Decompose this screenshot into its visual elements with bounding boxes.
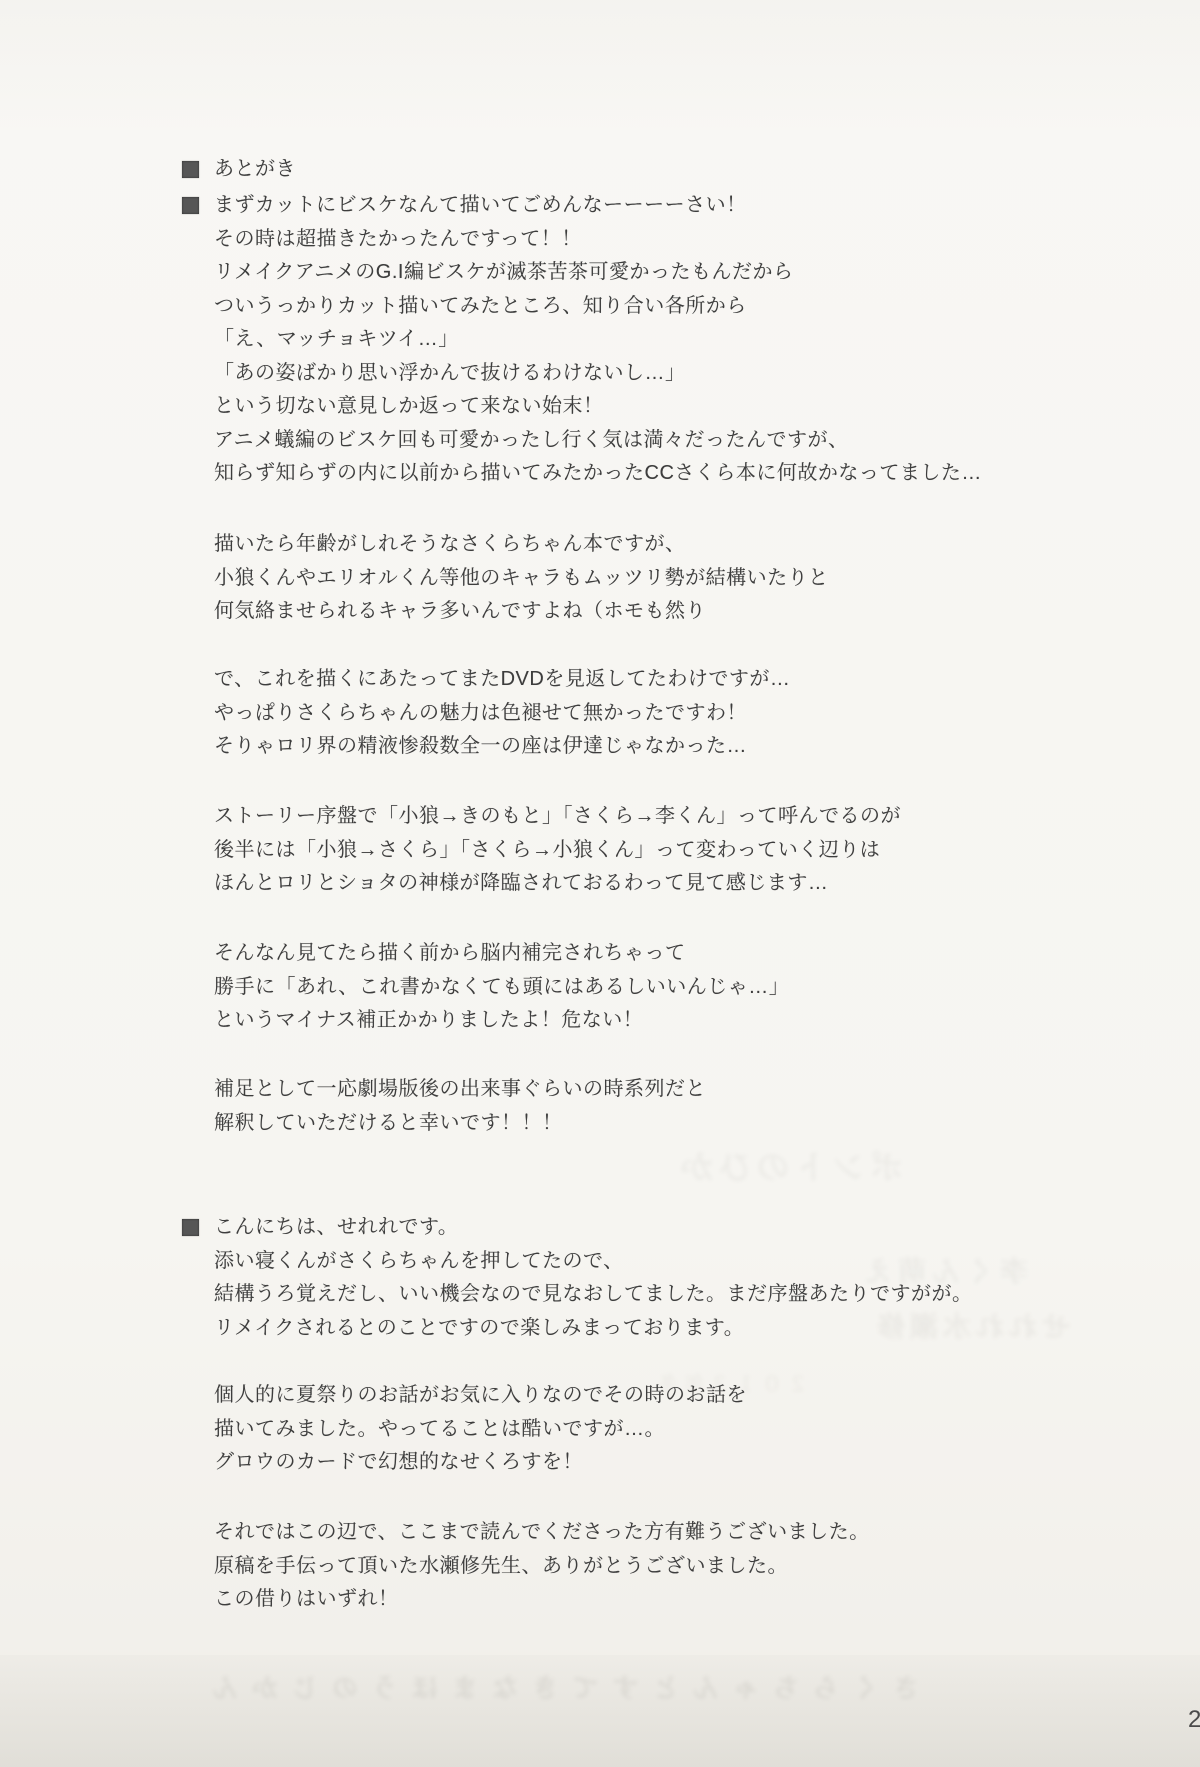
text-line: 個人的に夏祭りのお話がお気に入りなのでその時のお話を: [214, 1379, 747, 1413]
text-line: やっぱりさくらちゃんの魅力は色褪せて無かったですわ！: [214, 697, 790, 731]
text-line: 「え、マッチョキツイ…」: [214, 323, 982, 357]
paragraph: こんにちは、せれれです。添い寝くんがさくらちゃんを押してたので、結構うろ覚えだし…: [214, 1211, 973, 1345]
text-line: 結構うろ覚えだし、いい機会なので見なおしてました。まだ序盤あたりですがが。: [214, 1278, 973, 1312]
text-line: そんなん見てたら描く前から脳内補完されちゃって: [214, 937, 789, 971]
section-bullet-square-icon: [182, 197, 199, 214]
text-line: 「あの姿ばかり思い浮かんで抜けるわけないし…」: [214, 357, 982, 391]
text-line: グロウのカードで幻想的なせくろすを！: [214, 1446, 747, 1480]
text-line: それではこの辺で、ここまで読んでくださった方有難うございました。: [214, 1516, 870, 1550]
text-line: まずカットにビスケなんて描いてごめんなーーーーさい！: [214, 189, 982, 223]
text-line: 描いてみました。やってることは酷いですが…。: [214, 1413, 747, 1447]
text-line: ほんとロリとショタの神様が降臨されておるわって見て感じます…: [214, 867, 901, 901]
paragraph: それではこの辺で、ここまで読んでくださった方有難うございました。原稿を手伝って頂…: [214, 1516, 870, 1617]
text-line: 知らず知らずの内に以前から描いてみたかったCCさくら本に何故かなってました…: [214, 457, 982, 491]
paragraph: 描いたら年齢がしれそうなさくらちゃん本ですが、小狼くんやエリオルくん等他のキャラ…: [214, 528, 829, 629]
text-line: 何気絡ませられるキャラ多いんですよね（ホモも然り: [214, 595, 829, 629]
paragraph: 補足として一応劇場版後の出来事ぐらいの時系列だと解釈していただけると幸いです！！…: [214, 1073, 706, 1140]
text-line: リメイクされるとのことですので楽しみまっております。: [214, 1312, 973, 1346]
paragraph: 個人的に夏祭りのお話がお気に入りなのでその時のお話を描いてみました。やってること…: [214, 1379, 747, 1480]
text-line: 後半には「小狼→さくら」「さくら→小狼くん」って変わっていく辺りは: [214, 834, 901, 868]
text-line: 添い寝くんがさくらちゃんを押してたので、: [214, 1245, 973, 1279]
scanned-page: あとがきまずカットにビスケなんて描いてごめんなーーーーさい！その時は超描きたかっ…: [0, 0, 1200, 1767]
text-line: 勝手に「あれ、これ書かなくても頭にはあるしいいんじゃ…」: [214, 971, 789, 1005]
text-line: リメイクアニメのG.I編ビスケが滅茶苦茶可愛かったもんだから: [214, 256, 982, 290]
paragraph: で、これを描くにあたってまたDVDを見返してたわけですが…やっぱりさくらちゃんの…: [214, 663, 790, 764]
text-line: この借りはいずれ！: [214, 1583, 870, 1617]
text-line: という切ない意見しか返って来ない始末！: [214, 390, 982, 424]
paper-shade-top: [0, 0, 1200, 130]
text-line: ストーリー序盤で「小狼→きのもと」「さくら→李くん」って呼んでるのが: [214, 800, 901, 834]
paragraph: あとがき: [214, 153, 296, 187]
text-line: あとがき: [214, 153, 296, 187]
text-line: アニメ蟻編のビスケ回も可愛かったし行く気は満々だったんですが、: [214, 424, 982, 458]
paragraph: ストーリー序盤で「小狼→きのもと」「さくら→李くん」って呼んでるのが後半には「小…: [214, 800, 901, 901]
text-line: ついうっかりカット描いてみたところ、知り合い各所から: [214, 290, 982, 324]
text-line: 描いたら年齢がしれそうなさくらちゃん本ですが、: [214, 528, 829, 562]
section-bullet-square-icon: [182, 1219, 199, 1236]
text-line: 解釈していただけると幸いです！！！: [214, 1107, 706, 1141]
text-line: 補足として一応劇場版後の出来事ぐらいの時系列だと: [214, 1073, 706, 1107]
paragraph: まずカットにビスケなんて描いてごめんなーーーーさい！その時は超描きたかったんです…: [214, 189, 982, 491]
text-line: で、これを描くにあたってまたDVDを見返してたわけですが…: [214, 663, 790, 697]
text-line: そりゃロリ界の精液惨殺数全一の座は伊達じゃなかった…: [214, 730, 790, 764]
paper-shade-bottom: [0, 1655, 1200, 1767]
section-bullet-square-icon: [182, 161, 199, 178]
text-line: 小狼くんやエリオルくん等他のキャラもムッツリ勢が結構いたりと: [214, 562, 829, 596]
show-through-text: ポントのひか: [676, 1140, 904, 1189]
text-line: こんにちは、せれれです。: [214, 1211, 973, 1245]
paragraph: そんなん見てたら描く前から脳内補完されちゃって勝手に「あれ、これ書かなくても頭に…: [214, 937, 789, 1038]
text-line: 原稿を手伝って頂いた水瀬修先生、ありがとうございました。: [214, 1550, 870, 1584]
text-line: というマイナス補正かかりましたよ！危ない！: [214, 1004, 789, 1038]
text-line: その時は超描きたかったんですって！！: [214, 223, 982, 257]
page-number: 2: [1188, 1706, 1200, 1734]
